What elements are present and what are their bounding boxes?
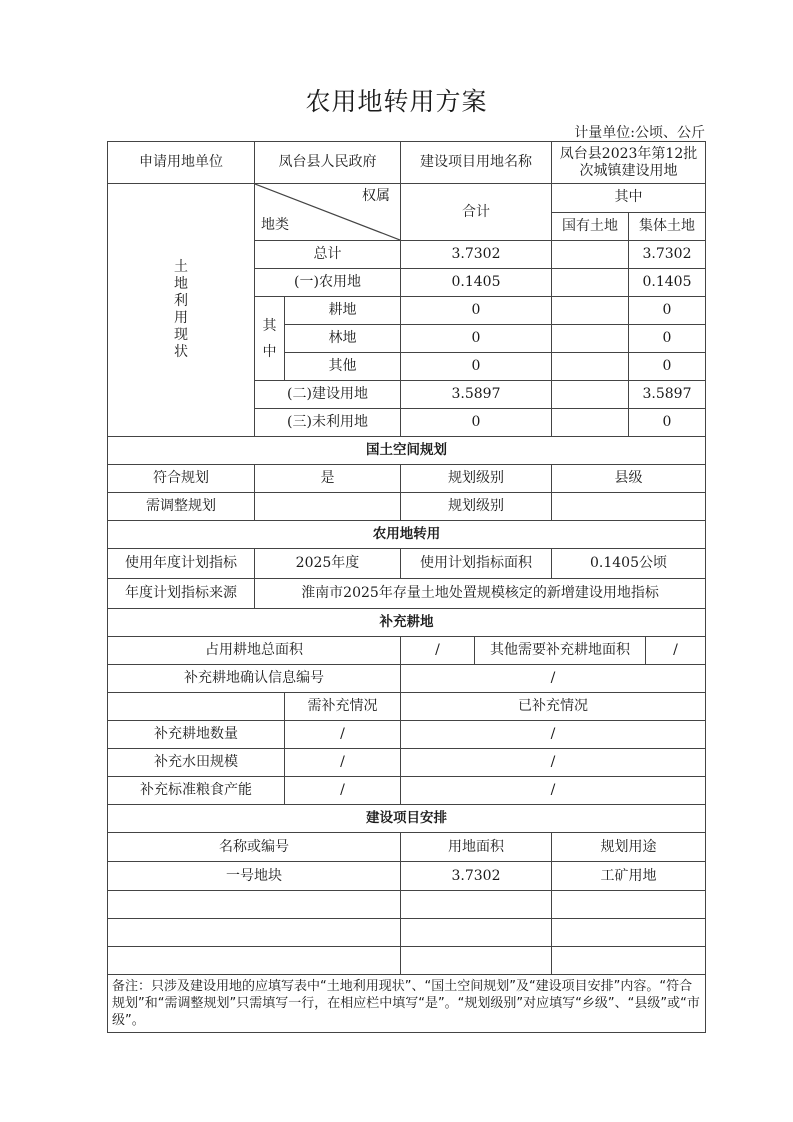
- annual-plan-value: 2025年度: [255, 549, 401, 579]
- project-use: [552, 891, 706, 919]
- land-use-collective: 0: [629, 297, 706, 325]
- project-use: 工矿用地: [552, 862, 706, 891]
- project-arrangement-section-row: 建设项目安排: [108, 805, 706, 833]
- supplement-corner-cell: [108, 693, 285, 721]
- land-use-state: [552, 269, 629, 297]
- of-which-vertical-text: 其中: [262, 313, 278, 365]
- land-use-total: 0: [401, 409, 552, 437]
- project-name: 一号地块: [108, 862, 401, 891]
- plan-area-value: 0.1405公顷: [552, 549, 706, 579]
- note-row: 备注：只涉及建设用地的应填写表中“土地利用现状”、“国土空间规划”及“建设项目安…: [108, 975, 706, 1033]
- state-owned-header: 国有土地: [552, 212, 629, 241]
- land-use-collective: 3.5897: [629, 381, 706, 409]
- project-name-label: 建设项目用地名称: [401, 142, 552, 184]
- total-column-header: 合计: [401, 184, 552, 241]
- supplement-row-label: 补充水田规模: [108, 749, 285, 777]
- land-use-row-label: 其他: [285, 353, 401, 381]
- conform-planning-label: 符合规划: [108, 465, 255, 493]
- supplement-need: /: [285, 777, 401, 805]
- ownership-label: 权属: [362, 188, 390, 205]
- supplement-header-row: 需补充情况 已补充情况: [108, 693, 706, 721]
- supplement-done: /: [401, 721, 706, 749]
- land-use-row-label: 耕地: [285, 297, 401, 325]
- applicant-value: 凤台县人民政府: [255, 142, 401, 184]
- conversion-section-row: 农用地转用: [108, 521, 706, 549]
- document-title: 农用地转用方案: [0, 82, 793, 118]
- need-header: 需补充情况: [285, 693, 401, 721]
- supplement-row: 补充耕地数量 / /: [108, 721, 706, 749]
- of-which-vertical-label: 其中: [255, 297, 285, 381]
- project-row: [108, 919, 706, 947]
- land-use-total: 3.7302: [401, 241, 552, 269]
- conform-planning-value: 是: [255, 465, 401, 493]
- land-use-row-label: (二)建设用地: [255, 381, 401, 409]
- adjust-planning-label: 需调整规划: [108, 493, 255, 521]
- adjust-level-value: [552, 493, 706, 521]
- project-area-header: 用地面积: [401, 833, 552, 862]
- land-use-state: [552, 297, 629, 325]
- project-header-row: 名称或编号 用地面积 规划用途: [108, 833, 706, 862]
- supplement-need: /: [285, 721, 401, 749]
- project-use: [552, 919, 706, 947]
- project-arrangement-title: 建设项目安排: [108, 805, 706, 833]
- supplement-need: /: [285, 749, 401, 777]
- land-use-total: 0.1405: [401, 269, 552, 297]
- plan-source-value: 淮南市2025年存量土地处置规模核定的新增建设用地指标: [255, 579, 706, 609]
- project-row: [108, 891, 706, 919]
- diagonal-header-cell: 权属 地类: [255, 184, 401, 241]
- land-use-row-label: (一)农用地: [255, 269, 401, 297]
- land-use-total: 0: [401, 297, 552, 325]
- conversion-plan-table-container: 申请用地单位 凤台县人民政府 建设项目用地名称 凤台县2023年第12批次城镇建…: [107, 141, 705, 1033]
- annual-plan-label: 使用年度计划指标: [108, 549, 255, 579]
- project-row: 一号地块 3.7302 工矿用地: [108, 862, 706, 891]
- land-use-collective: 0: [629, 409, 706, 437]
- spatial-planning-section-row: 国土空间规划: [108, 437, 706, 465]
- supplement-row: 补充标准粮食产能 / /: [108, 777, 706, 805]
- adjust-planning-row: 需调整规划 规划级别: [108, 493, 706, 521]
- land-use-collective: 0: [629, 353, 706, 381]
- supplement-row: 补充水田规模 / /: [108, 749, 706, 777]
- spatial-planning-title: 国土空间规划: [108, 437, 706, 465]
- land-use-header-row-1: 土地利用现状 权属 地类 合计 其中: [108, 184, 706, 213]
- land-use-collective: 0: [629, 325, 706, 353]
- land-use-vertical-label: 土地利用现状: [173, 259, 189, 361]
- land-use-row-label: 林地: [285, 325, 401, 353]
- supplement-row-label: 补充耕地数量: [108, 721, 285, 749]
- note-text: 备注：只涉及建设用地的应填写表中“土地利用现状”、“国土空间规划”及“建设项目安…: [108, 975, 706, 1033]
- land-use-section-label: 土地利用现状: [108, 184, 255, 437]
- conversion-title: 农用地转用: [108, 521, 706, 549]
- land-use-state: [552, 353, 629, 381]
- conform-planning-row: 符合规划 是 规划级别 县级: [108, 465, 706, 493]
- project-area: 3.7302: [401, 862, 552, 891]
- adjust-planning-value: [255, 493, 401, 521]
- project-name-header: 名称或编号: [108, 833, 401, 862]
- planning-level-label: 规划级别: [401, 465, 552, 493]
- confirm-number-label: 补充耕地确认信息编号: [108, 665, 401, 693]
- supplement-title: 补充耕地: [108, 609, 706, 637]
- header-row: 申请用地单位 凤台县人民政府 建设项目用地名称 凤台县2023年第12批次城镇建…: [108, 142, 706, 184]
- applicant-label: 申请用地单位: [108, 142, 255, 184]
- project-name-value: 凤台县2023年第12批次城镇建设用地: [552, 142, 706, 184]
- plan-source-row: 年度计划指标来源 淮南市2025年存量土地处置规模核定的新增建设用地指标: [108, 579, 706, 609]
- land-use-total: 0: [401, 353, 552, 381]
- project-name: [108, 947, 401, 975]
- supplement-row-label: 补充标准粮食产能: [108, 777, 285, 805]
- collective-header: 集体土地: [629, 212, 706, 241]
- confirm-number-value: /: [401, 665, 706, 693]
- land-use-collective: 3.7302: [629, 241, 706, 269]
- land-use-state: [552, 381, 629, 409]
- land-use-state: [552, 325, 629, 353]
- of-which-header: 其中: [552, 184, 706, 213]
- confirm-number-row: 补充耕地确认信息编号 /: [108, 665, 706, 693]
- other-area-value: /: [646, 637, 706, 665]
- measurement-unit: 计量单位:公顷、公斤: [574, 122, 705, 142]
- land-use-collective: 0.1405: [629, 269, 706, 297]
- other-area-label: 其他需要补充耕地面积: [475, 637, 646, 665]
- project-row: [108, 947, 706, 975]
- supplement-section-row: 补充耕地: [108, 609, 706, 637]
- plan-area-label: 使用计划指标面积: [401, 549, 552, 579]
- project-area: [401, 919, 552, 947]
- land-use-row-label: 总计: [255, 241, 401, 269]
- planning-level-value: 县级: [552, 465, 706, 493]
- land-use-total: 3.5897: [401, 381, 552, 409]
- project-name: [108, 919, 401, 947]
- project-area: [401, 891, 552, 919]
- plan-source-label: 年度计划指标来源: [108, 579, 255, 609]
- land-use-row-label: (三)未利用地: [255, 409, 401, 437]
- occupied-area-value: /: [401, 637, 475, 665]
- occupied-area-row: 占用耕地总面积 / 其他需要补充耕地面积 /: [108, 637, 706, 665]
- project-use-header: 规划用途: [552, 833, 706, 862]
- land-use-state: [552, 241, 629, 269]
- conversion-plan-table: 申请用地单位 凤台县人民政府 建设项目用地名称 凤台县2023年第12批次城镇建…: [107, 141, 706, 1033]
- project-use: [552, 947, 706, 975]
- occupied-area-label: 占用耕地总面积: [108, 637, 401, 665]
- adjust-level-label: 规划级别: [401, 493, 552, 521]
- project-name: [108, 891, 401, 919]
- land-use-total: 0: [401, 325, 552, 353]
- done-header: 已补充情况: [401, 693, 706, 721]
- supplement-done: /: [401, 749, 706, 777]
- land-type-label: 地类: [261, 217, 289, 234]
- land-use-state: [552, 409, 629, 437]
- project-area: [401, 947, 552, 975]
- annual-plan-row: 使用年度计划指标 2025年度 使用计划指标面积 0.1405公顷: [108, 549, 706, 579]
- supplement-done: /: [401, 777, 706, 805]
